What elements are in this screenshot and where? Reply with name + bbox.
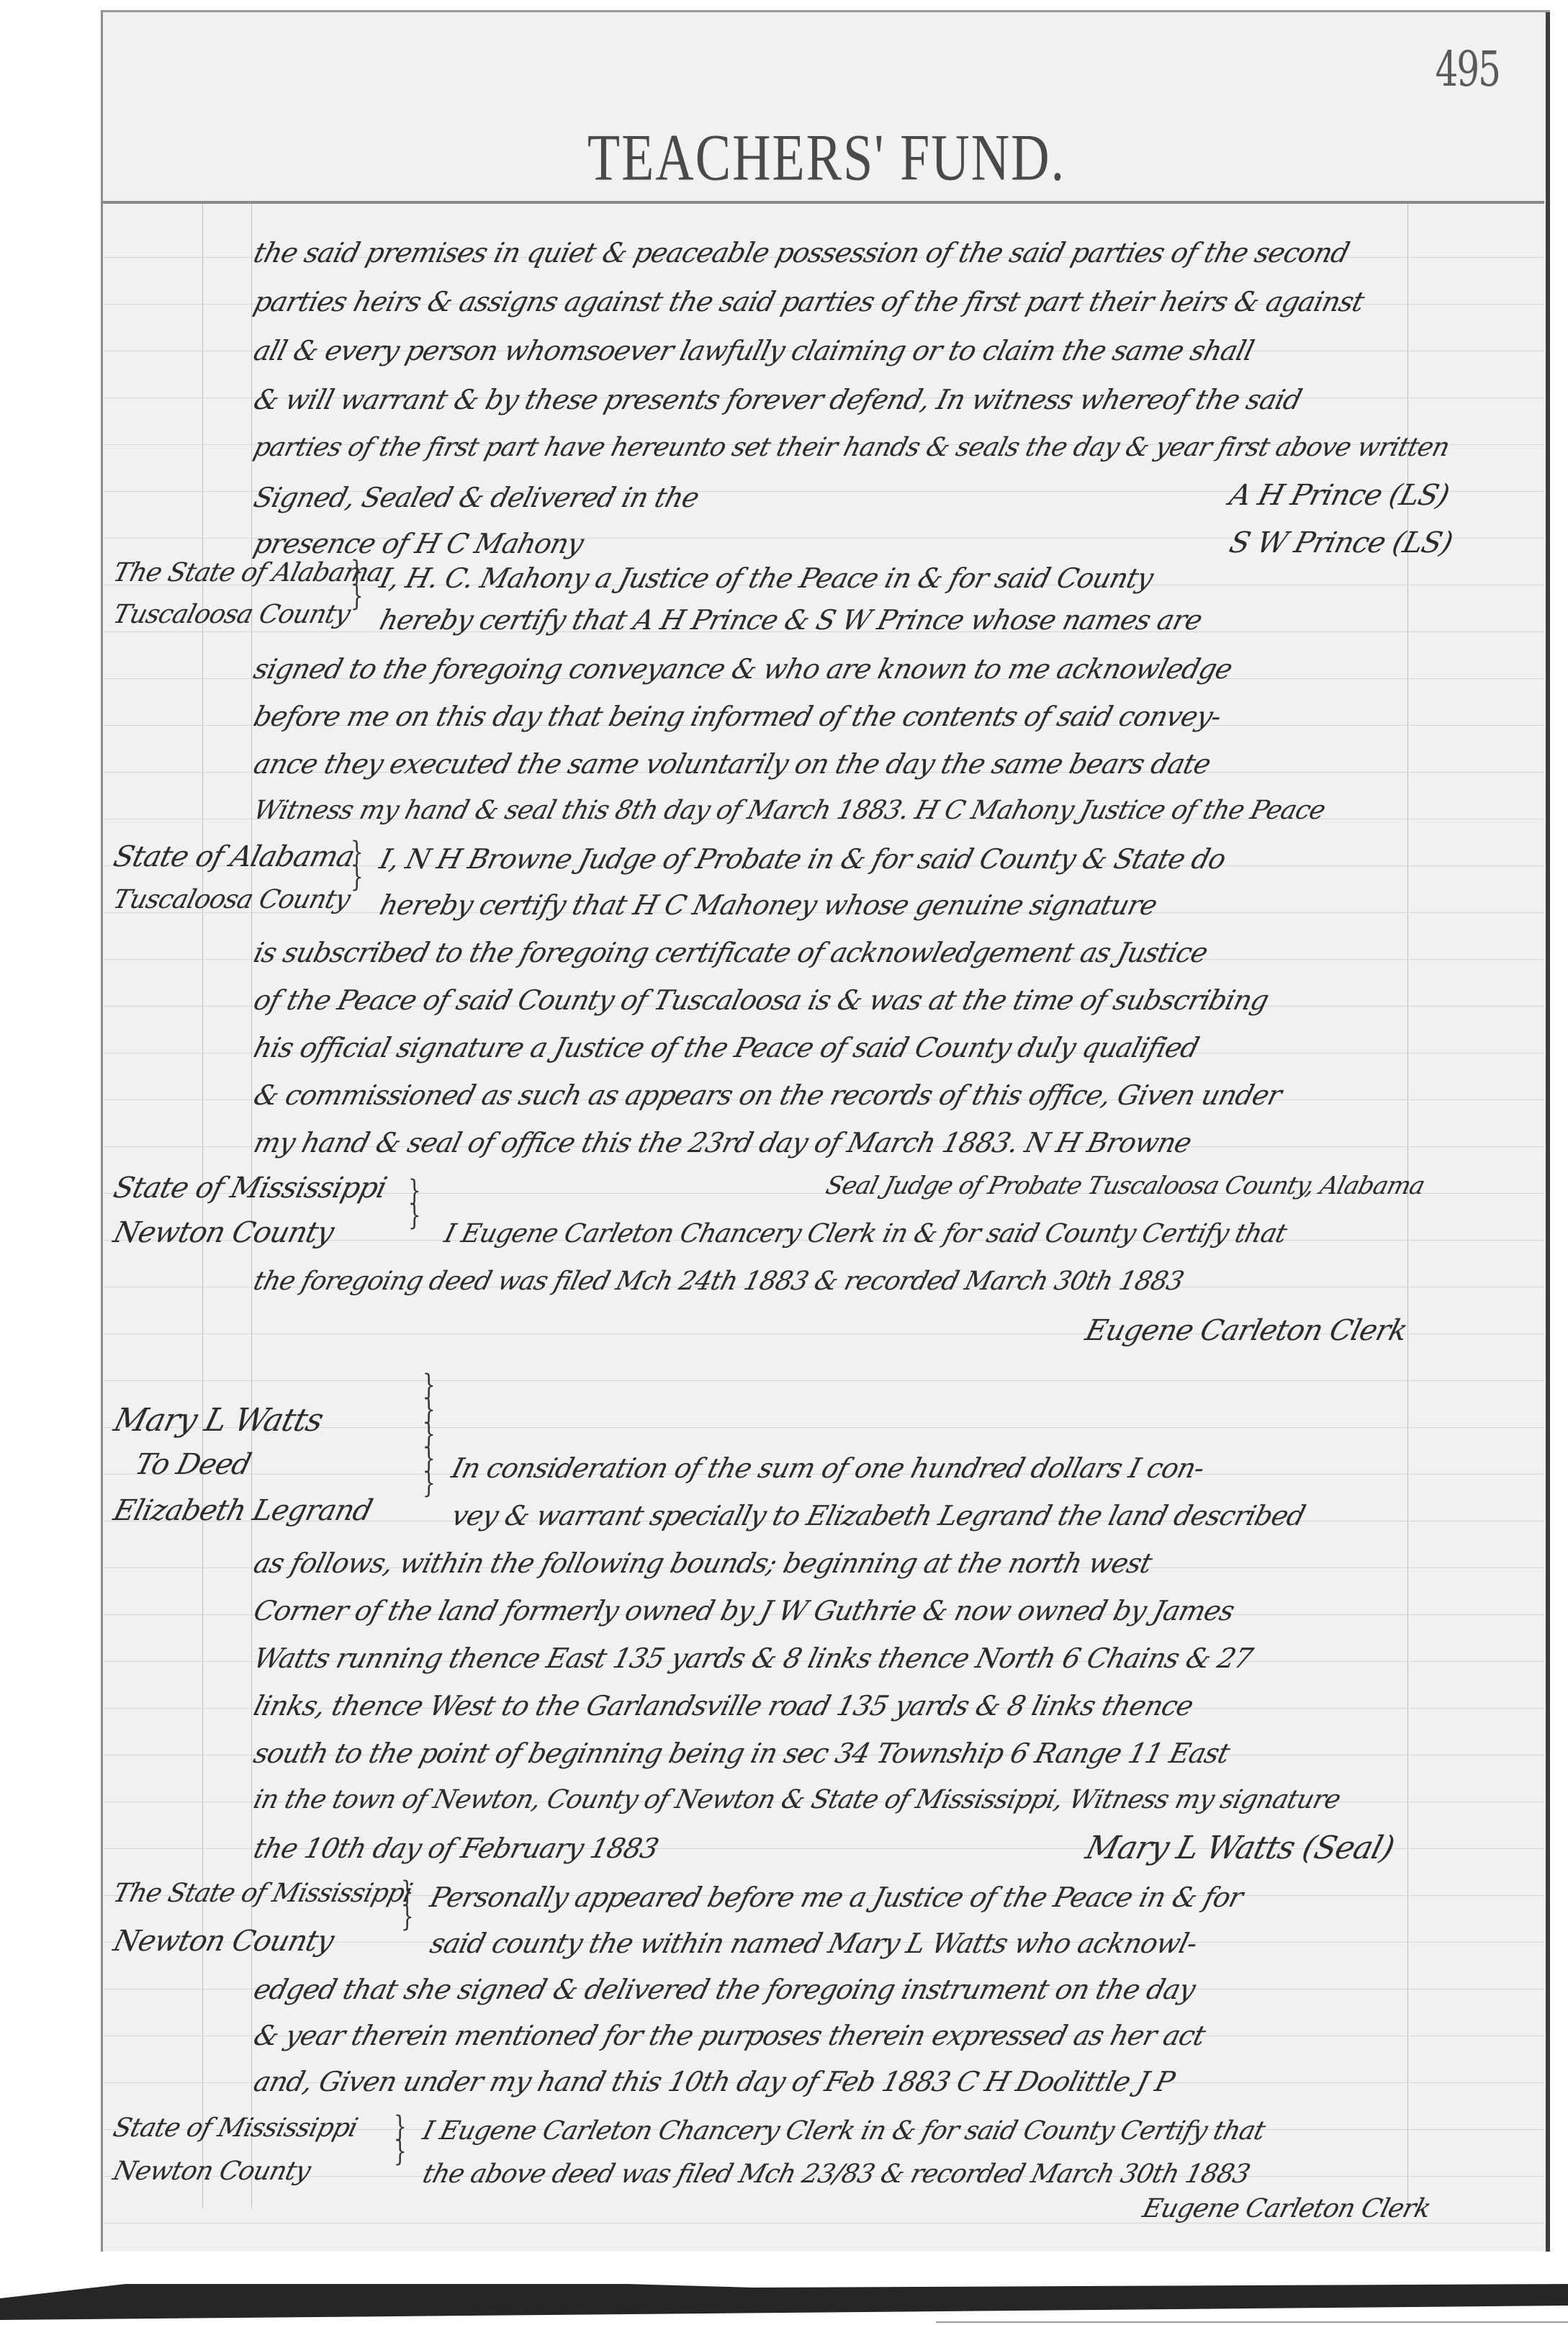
text-line: hereby certify that A H Prince & S W Pri…	[377, 604, 1205, 636]
text-line: Corner of the land formerly owned by J W…	[251, 1595, 1238, 1627]
text-line: Signed, Sealed & delivered in the	[251, 482, 702, 513]
margin-caption: State of Alabama	[110, 840, 358, 873]
text-line: all & every person whomsoever lawfully c…	[251, 335, 1257, 366]
brace-icon: }}	[401, 1880, 414, 1929]
brace-icon: }}	[351, 840, 364, 889]
text-line: & will warrant & by these presents forev…	[251, 384, 1305, 415]
text-line: his official signature a Justice of the …	[251, 1032, 1202, 1063]
text-line: and, Given under my hand this 10th day o…	[251, 2066, 1177, 2097]
margin-instrument-type: To Deed	[132, 1448, 254, 1481]
header-rule	[103, 201, 1544, 204]
text-line: I, N H Browne Judge of Probate in & for …	[377, 843, 1229, 875]
text-line: Personally appeared before me a Justice …	[427, 1881, 1246, 1913]
text-line: parties heirs & assigns against the said…	[251, 286, 1367, 318]
text-line: hereby certify that H C Mahoney whose ge…	[377, 889, 1160, 921]
signature: Mary L Watts (Seal)	[1082, 1830, 1397, 1866]
brace-icon: }}	[351, 559, 364, 608]
text-line: the 10th day of February 1883	[251, 1832, 662, 1864]
brace-icon: }}	[394, 2115, 407, 2164]
text-line: ance they executed the same voluntarily …	[251, 748, 1214, 780]
text-line: is subscribed to the foregoing certifica…	[251, 937, 1211, 968]
ledger-title: TEACHERS' FUND.	[103, 120, 1550, 197]
page-bottom-shadow	[0, 2284, 1568, 2320]
text-line: presence of H C Mahony	[251, 528, 587, 559]
text-line: vey & warrant specially to Elizabeth Leg…	[449, 1500, 1308, 1532]
text-line: links, thence West to the Garlandsville …	[251, 1690, 1197, 1722]
margin-caption: Newton County	[110, 1925, 337, 1958]
margin-caption: Tuscaloosa County	[110, 885, 353, 914]
signature: Eugene Carleton Clerk	[1082, 1314, 1410, 1347]
text-line: my hand & seal of office this the 23rd d…	[251, 1127, 1194, 1159]
text-line: south to the point of beginning being in…	[251, 1737, 1233, 1769]
text-line: & year therein mentioned for the purpose…	[251, 2020, 1208, 2051]
text-line: Watts running thence East 135 yards & 8 …	[251, 1642, 1256, 1674]
brace-icon: }}}}}	[423, 1373, 436, 1496]
brace-icon: }}	[408, 1179, 421, 1228]
next-page-edge	[936, 2321, 1568, 2323]
margin-caption: Newton County	[110, 2157, 313, 2186]
signature: A H Prince (LS)	[1226, 479, 1452, 512]
text-line: the above deed was filed Mch 23/83 & rec…	[420, 2159, 1253, 2189]
page-number: 495	[1436, 41, 1500, 97]
text-line: edged that she signed & delivered the fo…	[251, 1974, 1198, 2005]
margin-caption: Newton County	[110, 1216, 337, 1249]
text-line: as follows, within the following bounds;…	[251, 1547, 1155, 1579]
signature: Seal Judge of Probate Tuscaloosa County,…	[823, 1172, 1428, 1200]
margin-caption: State of Mississippi	[110, 1172, 389, 1205]
text-line: said county the within named Mary L Watt…	[427, 1928, 1200, 1959]
text-line: I Eugene Carleton Chancery Clerk in & fo…	[441, 1219, 1289, 1249]
margin-caption: Tuscaloosa County	[110, 600, 353, 629]
text-line: before me on this day that being informe…	[251, 701, 1224, 732]
text-line: In consideration of the sum of one hundr…	[449, 1452, 1207, 1484]
text-line: of the Peace of said County of Tuscaloos…	[251, 984, 1271, 1016]
text-line: Witness my hand & seal this 8th day of M…	[251, 796, 1328, 825]
margin-caption: The State of Mississippi	[110, 1879, 415, 1908]
text-line: signed to the foregoing conveyance & who…	[251, 653, 1235, 685]
text-line: in the town of Newton, County of Newton …	[251, 1785, 1343, 1814]
ledger-page: 495 TEACHERS' FUND. the said premises in…	[101, 10, 1550, 2252]
text-line: & commissioned as such as appears on the…	[251, 1079, 1284, 1111]
margin-party-grantor: Mary L Watts	[110, 1402, 327, 1439]
margin-caption: The State of Alabama	[110, 558, 387, 588]
signature: S W Prince (LS)	[1226, 526, 1456, 559]
ruled-line	[103, 1380, 1544, 1381]
text-line: parties of the first part have hereunto …	[251, 433, 1452, 462]
text-line: the said premises in quiet & peaceable p…	[251, 237, 1352, 269]
signature: Eugene Carleton Clerk	[1140, 2194, 1433, 2223]
margin-party-grantee: Elizabeth Legrand	[110, 1494, 375, 1527]
text-line: I, H. C. Mahony a Justice of the Peace i…	[377, 562, 1156, 594]
text-line: I Eugene Carleton Chancery Clerk in & fo…	[420, 2116, 1268, 2146]
margin-caption: State of Mississippi	[110, 2113, 360, 2143]
text-line: the foregoing deed was filed Mch 24th 18…	[251, 1267, 1186, 1296]
